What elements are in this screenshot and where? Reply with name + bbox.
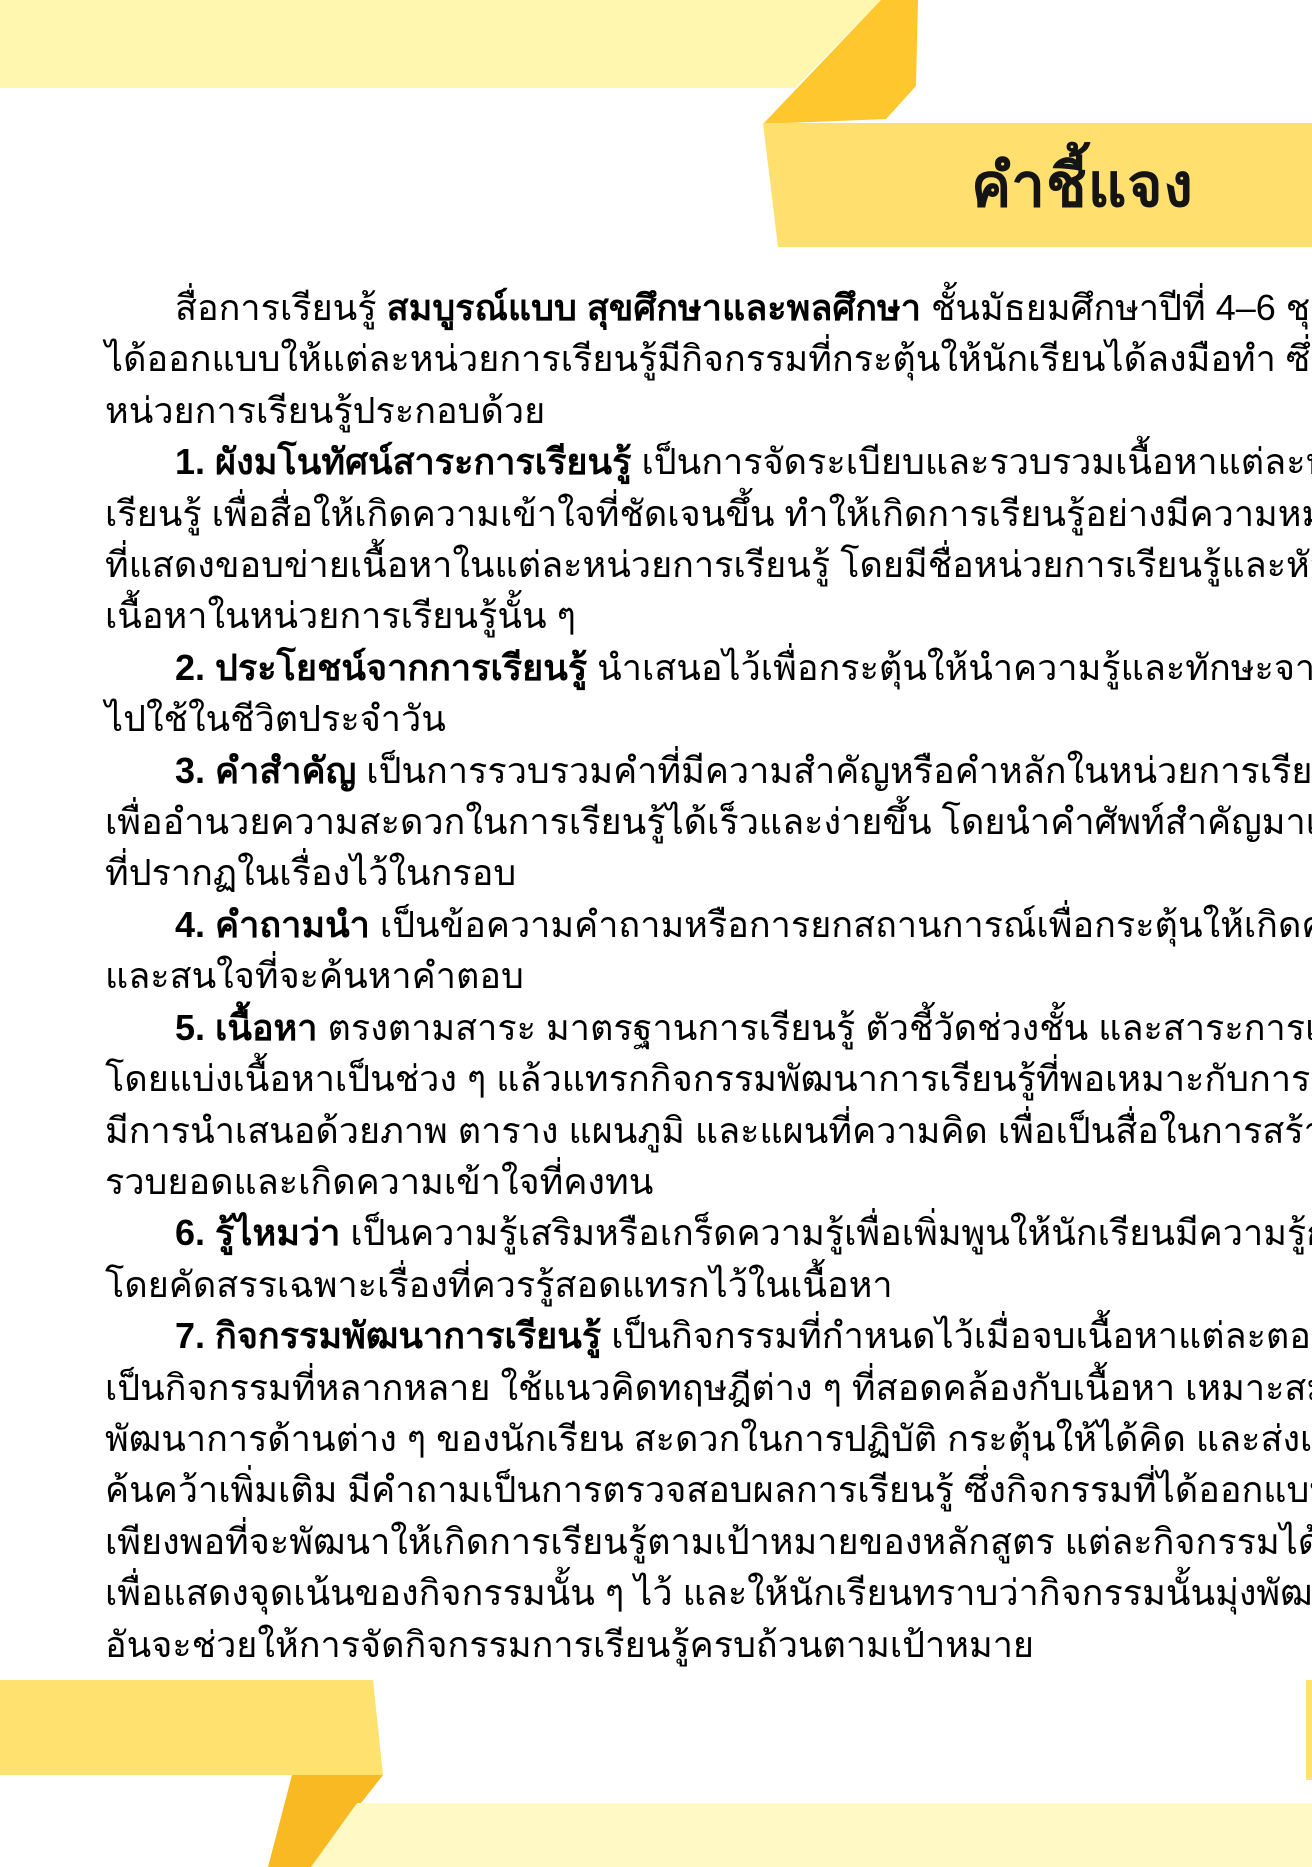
text-line: โดยแบ่งเนื้อหาเป็นช่วง ๆ แล้วแทรกกิจกรรม… [105,1053,1007,1104]
text-line: 3. คำสำคัญ เป็นการรวบรวมคำที่มีความสำคัญ… [105,745,1007,796]
text-line: เป็นกิจกรรมที่หลากหลาย ใช้แนวคิดทฤษฎีต่า… [105,1362,1007,1413]
text-line: ไปใช้ในชีวิตประจำวัน [105,693,1007,744]
text-line: เนื้อหาในหน่วยการเรียนรู้นั้น ๆ [105,590,1007,641]
text-segment: และสนใจที่จะค้นหาคำตอบ [105,955,524,996]
text-segment: ได้ออกแบบให้แต่ละหน่วยการเรียนรู้มีกิจกร… [105,338,1312,379]
text-segment: เพียงพอที่จะพัฒนาให้เกิดการเรียนรู้ตามเป… [105,1521,1312,1562]
bottom-left-band-shape [0,1680,383,1775]
text-segment: เพื่อแสดงจุดเน้นของกิจกรรมนั้น ๆ ไว้ และ… [105,1572,1312,1613]
text-line: รวบยอดและเกิดความเข้าใจที่คงทน [105,1156,1007,1207]
text-segment: พัฒนาการด้านต่าง ๆ ของนักเรียน สะดวกในกา… [105,1418,1312,1459]
text-segment: ไปใช้ในชีวิตประจำวัน [105,698,446,739]
text-segment: มีการนำเสนอด้วยภาพ ตาราง แผนภูมิ และแผนท… [105,1110,1312,1151]
text-segment: สื่อการเรียนรู้ [175,287,387,328]
text-line: พัฒนาการด้านต่าง ๆ ของนักเรียน สะดวกในกา… [105,1413,1007,1464]
text-segment: ชั้นมัธยมศึกษาปีที่ 4–6 ชุดนี้ [921,287,1312,328]
text-segment: เป็นการจัดระเบียบและรวบรวมเนื้อหาแต่ละหน… [631,441,1312,482]
text-line: 7. กิจกรรมพัฒนาการเรียนรู้ เป็นกิจกรรมที… [105,1310,1007,1361]
text-segment: เพื่ออำนวยความสะดวกในการเรียนรู้ได้เร็วแ… [105,801,1312,842]
text-line: เพื่ออำนวยความสะดวกในการเรียนรู้ได้เร็วแ… [105,796,1007,847]
bold-text-segment: สมบูรณ์แบบ สุขศึกษาและพลศึกษา [387,287,921,328]
paragraph: 3. คำสำคัญ เป็นการรวบรวมคำที่มีความสำคัญ… [105,745,1007,899]
bold-text-segment: 1. ผังมโนทัศน์สาระการเรียนรู้ [175,441,631,482]
text-segment: โดยคัดสรรเฉพาะเรื่องที่ควรรู้สอดแทรกไว้ใ… [105,1264,893,1305]
bold-text-segment: 5. เนื้อหา [175,1007,318,1048]
text-line: เพื่อแสดงจุดเน้นของกิจกรรมนั้น ๆ ไว้ และ… [105,1567,1007,1618]
text-segment: เป็นกิจกรรมที่หลากหลาย ใช้แนวคิดทฤษฎีต่า… [105,1367,1312,1408]
bold-text-segment: 7. กิจกรรมพัฒนาการเรียนรู้ [175,1315,601,1356]
text-line: ที่แสดงขอบข่ายเนื้อหาในแต่ละหน่วยการเรีย… [105,539,1007,590]
text-segment: เนื้อหาในหน่วยการเรียนรู้นั้น ๆ [105,595,576,636]
text-line: 2. ประโยชน์จากการเรียนรู้ นำเสนอไว้เพื่อ… [105,642,1007,693]
text-segment: ที่แสดงขอบข่ายเนื้อหาในแต่ละหน่วยการเรีย… [105,544,1312,585]
text-segment: อันจะช่วยให้การจัดกิจกรรมการเรียนรู้ครบถ… [105,1624,1034,1665]
page: คำชี้แจง สื่อการเรียนรู้ สมบูรณ์แบบ สุขศ… [0,0,1312,1867]
text-line: 5. เนื้อหา ตรงตามสาระ มาตรฐานการเรียนรู้… [105,1002,1007,1053]
bold-text-segment: 6. รู้ไหมว่า [175,1212,340,1253]
text-segment: เรียนรู้ เพื่อสื่อให้เกิดความเข้าใจที่ชั… [105,493,1312,534]
text-line: 4. คำถามนำ เป็นข้อความคำถามหรือการยกสถาน… [105,899,1007,950]
text-line: หน่วยการเรียนรู้ประกอบด้วย [105,385,1007,436]
text-segment: เป็นการรวบรวมคำที่มีความสำคัญหรือคำหลักใ… [356,750,1312,791]
bold-text-segment: 3. คำสำคัญ [175,750,356,791]
paragraph: 2. ประโยชน์จากการเรียนรู้ นำเสนอไว้เพื่อ… [105,642,1007,745]
text-segment: เป็นความรู้เสริมหรือเกร็ดความรู้เพื่อเพิ… [340,1212,1312,1253]
paragraph: 4. คำถามนำ เป็นข้อความคำถามหรือการยกสถาน… [105,899,1007,1002]
right-edge-band-sliver [1306,1680,1312,1780]
text-line: 1. ผังมโนทัศน์สาระการเรียนรู้ เป็นการจัด… [105,436,1007,487]
paragraph: 7. กิจกรรมพัฒนาการเรียนรู้ เป็นกิจกรรมที… [105,1310,1007,1670]
text-line: มีการนำเสนอด้วยภาพ ตาราง แผนภูมิ และแผนท… [105,1105,1007,1156]
paragraph: สื่อการเรียนรู้ สมบูรณ์แบบ สุขศึกษาและพล… [105,282,1007,436]
text-line: ที่ปรากฏในเรื่องไว้ในกรอบ [105,847,1007,898]
text-line: เรียนรู้ เพื่อสื่อให้เกิดความเข้าใจที่ชั… [105,488,1007,539]
paragraph: 1. ผังมโนทัศน์สาระการเรียนรู้ เป็นการจัด… [105,436,1007,642]
page-title: คำชี้แจง [763,123,1312,247]
text-line: สื่อการเรียนรู้ สมบูรณ์แบบ สุขศึกษาและพล… [105,282,1007,333]
text-segment: เป็นข้อความคำถามหรือการยกสถานการณ์เพื่อก… [370,904,1312,945]
text-segment: ตรงตามสาระ มาตรฐานการเรียนรู้ ตัวชี้วัดช… [318,1007,1312,1048]
bold-text-segment: 2. ประโยชน์จากการเรียนรู้ [175,647,587,688]
text-segment: นำเสนอไว้เพื่อกระตุ้นให้นำความรู้และทักษ… [587,647,1312,688]
text-segment: ที่ปรากฏในเรื่องไว้ในกรอบ [105,852,516,893]
paragraph: 6. รู้ไหมว่า เป็นความรู้เสริมหรือเกร็ดคว… [105,1207,1007,1310]
text-segment: หน่วยการเรียนรู้ประกอบด้วย [105,390,545,431]
paragraph: 5. เนื้อหา ตรงตามสาระ มาตรฐานการเรียนรู้… [105,1002,1007,1208]
text-segment: ค้นคว้าเพิ่มเติม มีคำถามเป็นการตรวจสอบผล… [105,1469,1312,1510]
text-line: ค้นคว้าเพิ่มเติม มีคำถามเป็นการตรวจสอบผล… [105,1464,1007,1515]
bottom-right-light-band-shape [311,1803,1312,1867]
text-line: ได้ออกแบบให้แต่ละหน่วยการเรียนรู้มีกิจกร… [105,333,1007,384]
text-line: เพียงพอที่จะพัฒนาให้เกิดการเรียนรู้ตามเป… [105,1516,1007,1567]
document-body: สื่อการเรียนรู้ สมบูรณ์แบบ สุขศึกษาและพล… [105,282,1007,1670]
top-left-light-band-shape [0,0,881,88]
text-line: และสนใจที่จะค้นหาคำตอบ [105,950,1007,1001]
bold-text-segment: 4. คำถามนำ [175,904,370,945]
text-segment: รวบยอดและเกิดความเข้าใจที่คงทน [105,1161,653,1202]
text-line: 6. รู้ไหมว่า เป็นความรู้เสริมหรือเกร็ดคว… [105,1207,1007,1258]
text-line: อันจะช่วยให้การจัดกิจกรรมการเรียนรู้ครบถ… [105,1619,1007,1670]
text-segment: โดยแบ่งเนื้อหาเป็นช่วง ๆ แล้วแทรกกิจกรรม… [105,1058,1312,1099]
text-segment: เป็นกิจกรรมที่กำหนดไว้เมื่อจบเนื้อหาแต่ล… [601,1315,1312,1356]
text-line: โดยคัดสรรเฉพาะเรื่องที่ควรรู้สอดแทรกไว้ใ… [105,1259,1007,1310]
